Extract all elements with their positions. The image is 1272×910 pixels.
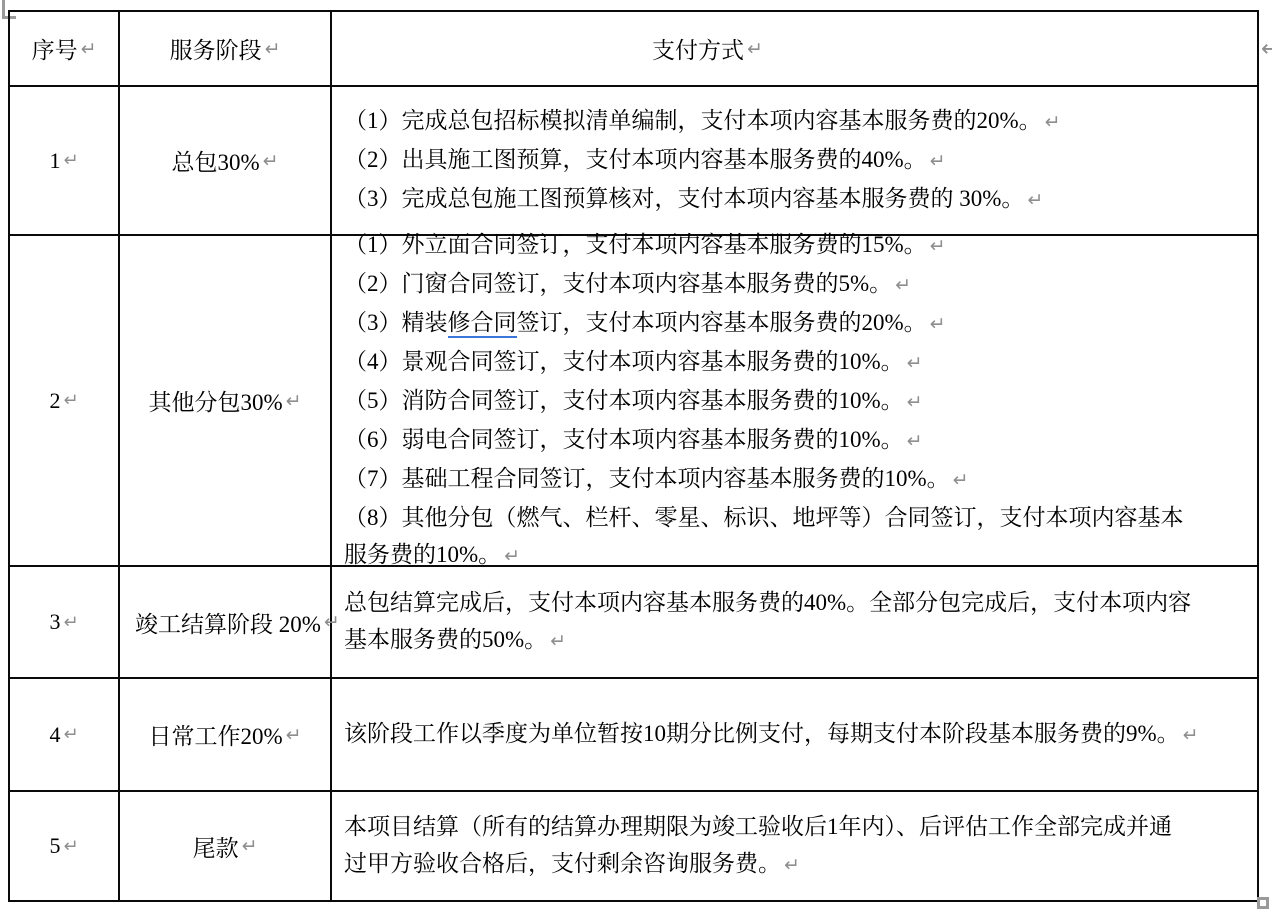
- pilcrow-mark: ↵: [63, 612, 78, 633]
- pilcrow-mark: ↵: [504, 545, 520, 567]
- row-number: 2: [49, 388, 60, 414]
- table-resize-handle[interactable]: [1257, 897, 1269, 909]
- row-2-stage-cell[interactable]: 其他分包30%↵: [120, 236, 332, 567]
- pilcrow-mark: ↵: [263, 150, 279, 172]
- payment-line: 过甲方验收合格后，支付剩余咨询服务费。↵: [344, 845, 1257, 884]
- stage-label: 日常工作20%: [149, 718, 283, 751]
- pilcrow-mark: ↵: [907, 391, 923, 413]
- payment-line: （5）消防合同签订，支付本项内容基本服务费的10%。↵: [344, 382, 1257, 421]
- pilcrow-mark: ↵: [63, 390, 78, 411]
- payment-line: （7）基础工程合同签订，支付本项内容基本服务费的10%。↵: [344, 460, 1257, 499]
- row-4-stage-cell[interactable]: 日常工作20%↵: [120, 679, 332, 792]
- row-1-stage-cell[interactable]: 总包30%↵: [120, 87, 332, 236]
- pilcrow-mark: ↵: [550, 630, 566, 652]
- row-2-number-cell[interactable]: 2↵: [10, 236, 120, 567]
- payment-line: （1）外立面合同签订，支付本项内容基本服务费的15%。↵: [344, 226, 1257, 265]
- pilcrow-mark: ↵: [81, 38, 97, 60]
- payment-schedule-table: 序号↵ 服务阶段↵ 支付方式↵ 1↵ 总包30%↵ （1）完成总包招标模拟清单编…: [8, 10, 1259, 902]
- pilcrow-mark: ↵: [265, 38, 281, 60]
- stage-label: 竣工结算阶段 20%: [135, 606, 321, 639]
- spellcheck-underlined-text: 修合同: [448, 310, 517, 338]
- pilcrow-mark: ↵: [63, 724, 78, 745]
- pilcrow-mark: ↵: [1183, 724, 1199, 746]
- payment-line: （1）完成总包招标模拟清单编制，支付本项内容基本服务费的20%。↵: [344, 102, 1257, 141]
- row-number: 5: [49, 833, 60, 859]
- row-2-payment-cell[interactable]: （1）外立面合同签订，支付本项内容基本服务费的15%。↵ （2）门窗合同签订，支…: [332, 236, 1257, 567]
- payment-line: （8）其他分包（燃气、栏杆、零星、标识、地坪等）合同签订，支付本项内容基本: [344, 499, 1257, 536]
- payment-line: （2）出具施工图预算，支付本项内容基本服务费的40%。↵: [344, 141, 1257, 180]
- pilcrow-mark: ↵: [242, 835, 258, 857]
- payment-line: （6）弱电合同签订，支付本项内容基本服务费的10%。↵: [344, 421, 1257, 460]
- row-number: 3: [49, 609, 60, 635]
- header-cell-service-stage[interactable]: 服务阶段↵: [120, 12, 332, 87]
- payment-line: （4）景观合同签订，支付本项内容基本服务费的10%。↵: [344, 343, 1257, 382]
- stage-label: 其他分包30%: [149, 384, 283, 417]
- payment-line: （2）门窗合同签订，支付本项内容基本服务费的5%。↵: [344, 265, 1257, 304]
- row-1-payment-cell[interactable]: （1）完成总包招标模拟清单编制，支付本项内容基本服务费的20%。↵ （2）出具施…: [332, 87, 1257, 236]
- payment-line: （3）精装修合同签订，支付本项内容基本服务费的20%。↵: [344, 304, 1257, 343]
- payment-line: 基本服务费的50%。↵: [344, 621, 1257, 660]
- header-label: 序号: [32, 32, 78, 65]
- row-3-payment-cell[interactable]: 总包结算完成后，支付本项内容基本服务费的40%。全部分包完成后，支付本项内容 基…: [332, 567, 1257, 679]
- pilcrow-mark: ↵: [286, 390, 302, 412]
- pilcrow-mark: ↵: [747, 38, 763, 60]
- header-label: 服务阶段: [170, 32, 262, 65]
- pilcrow-mark: ↵: [784, 854, 800, 876]
- end-of-row-mark: ↵: [1261, 36, 1272, 62]
- stage-label: 总包30%: [172, 144, 260, 177]
- pilcrow-mark: ↵: [1027, 189, 1043, 211]
- pilcrow-mark: ↵: [1045, 111, 1061, 133]
- payment-line: 该阶段工作以季度为单位暂按10期分比例支付，每期支付本阶段基本服务费的9%。↵: [344, 715, 1257, 754]
- row-4-payment-cell[interactable]: 该阶段工作以季度为单位暂按10期分比例支付，每期支付本阶段基本服务费的9%。↵: [332, 679, 1257, 792]
- row-5-payment-cell[interactable]: 本项目结算（所有的结算办理期限为竣工验收后1年内）、后评估工作全部完成并通 过甲…: [332, 792, 1257, 900]
- row-number: 4: [49, 722, 60, 748]
- payment-line: 总包结算完成后，支付本项内容基本服务费的40%。全部分包完成后，支付本项内容: [344, 584, 1257, 621]
- row-number: 1: [49, 148, 60, 174]
- header-label: 支付方式: [652, 32, 744, 65]
- pilcrow-mark: ↵: [895, 274, 911, 296]
- pilcrow-mark: ↵: [930, 313, 946, 335]
- row-3-stage-cell[interactable]: 竣工结算阶段 20%↵: [120, 567, 332, 679]
- stage-label: 尾款: [193, 830, 239, 863]
- pilcrow-mark: ↵: [63, 150, 78, 171]
- pilcrow-mark: ↵: [953, 469, 969, 491]
- pilcrow-mark: ↵: [930, 235, 946, 257]
- row-5-stage-cell[interactable]: 尾款↵: [120, 792, 332, 900]
- pilcrow-mark: ↵: [63, 836, 78, 857]
- payment-line: 本项目结算（所有的结算办理期限为竣工验收后1年内）、后评估工作全部完成并通: [344, 808, 1257, 845]
- pilcrow-mark: ↵: [930, 150, 946, 172]
- row-4-number-cell[interactable]: 4↵: [10, 679, 120, 792]
- pilcrow-mark: ↵: [907, 430, 923, 452]
- pilcrow-mark: ↵: [286, 724, 302, 746]
- payment-line: （3）完成总包施工图预算核对，支付本项内容基本服务费的 30%。↵: [344, 180, 1257, 219]
- row-3-number-cell[interactable]: 3↵: [10, 567, 120, 679]
- header-cell-payment-method[interactable]: 支付方式↵: [332, 12, 1257, 87]
- pilcrow-mark: ↵: [907, 352, 923, 374]
- row-5-number-cell[interactable]: 5↵: [10, 792, 120, 900]
- row-1-number-cell[interactable]: 1↵: [10, 87, 120, 236]
- header-cell-index[interactable]: 序号↵: [10, 12, 120, 87]
